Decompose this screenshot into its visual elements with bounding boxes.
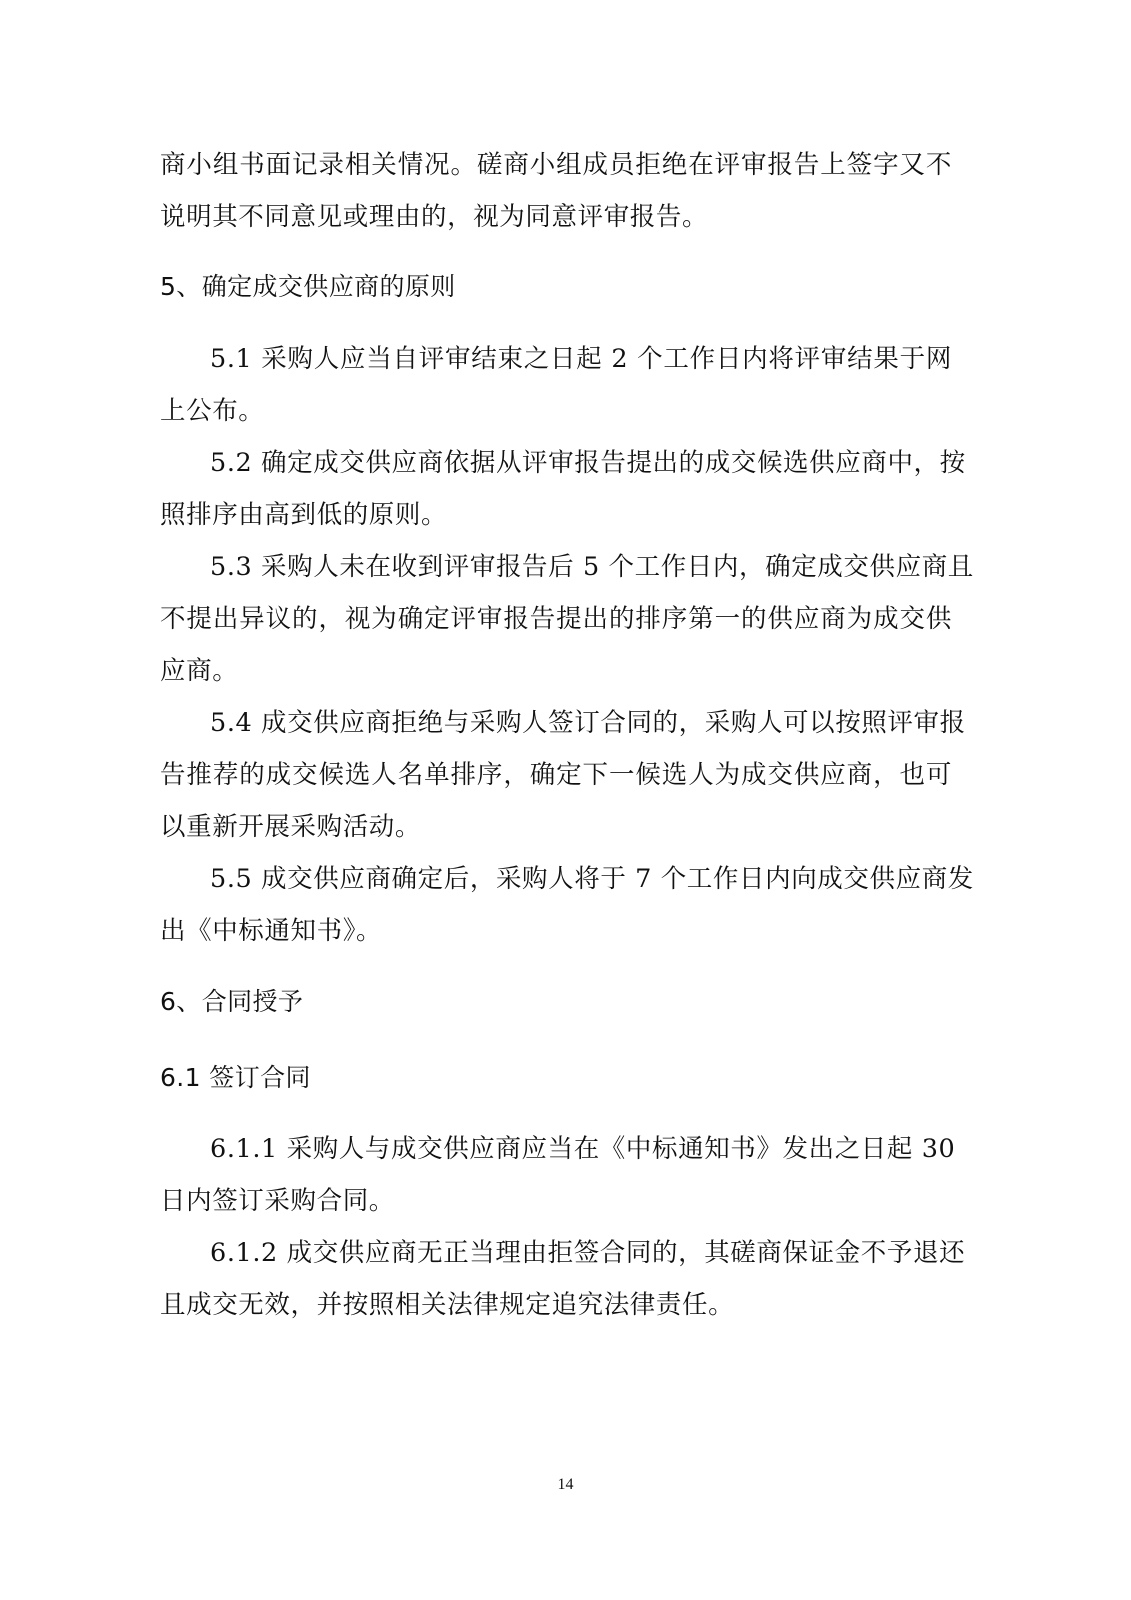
section-heading-6: 6、合同授予 [160,985,952,1019]
clause-5-3-line3: 应商。 [160,654,952,688]
paragraph-line: 说明其不同意见或理由的，视为同意评审报告。 [160,200,952,234]
clause-6-1-2-line1: 6.1.2 成交供应商无正当理由拒签合同的，其磋商保证金不予退还 [210,1236,952,1270]
clause-5-5-line2: 出《中标通知书》。 [160,914,952,948]
clause-5-1-line1: 5.1 采购人应当自评审结束之日起 2 个工作日内将评审结果于网 [210,342,952,376]
clause-5-1-line2: 上公布。 [160,394,952,428]
clause-5-4-line3: 以重新开展采购活动。 [160,810,952,844]
clause-5-3-line2: 不提出异议的，视为确定评审报告提出的排序第一的供应商为成交供 [160,602,952,636]
clause-5-3-line1: 5.3 采购人未在收到评审报告后 5 个工作日内，确定成交供应商且 [210,550,952,584]
clause-5-2-line1: 5.2 确定成交供应商依据从评审报告提出的成交候选供应商中，按 [210,446,952,480]
clause-6-1-1-line2: 日内签订采购合同。 [160,1184,952,1218]
clause-5-4-line1: 5.4 成交供应商拒绝与采购人签订合同的，采购人可以按照评审报 [210,706,952,740]
clause-6-1-1-line1: 6.1.1 采购人与成交供应商应当在《中标通知书》发出之日起 30 [210,1132,952,1166]
clause-6-1-2-line2: 且成交无效，并按照相关法律规定追究法律责任。 [160,1288,952,1322]
clause-5-5-line1: 5.5 成交供应商确定后，采购人将于 7 个工作日内向成交供应商发 [210,862,952,896]
subsection-heading-6-1: 6.1 签订合同 [160,1061,952,1095]
clause-5-2-line2: 照排序由高到低的原则。 [160,498,952,532]
section-heading-5: 5、确定成交供应商的原则 [160,270,952,304]
document-page: 商小组书面记录相关情况。磋商小组成员拒绝在评审报告上签字又不 说明其不同意见或理… [0,0,1131,1600]
page-number: 14 [0,1476,1131,1494]
paragraph-line: 商小组书面记录相关情况。磋商小组成员拒绝在评审报告上签字又不 [160,148,952,182]
clause-5-4-line2: 告推荐的成交候选人名单排序，确定下一候选人为成交供应商，也可 [160,758,952,792]
